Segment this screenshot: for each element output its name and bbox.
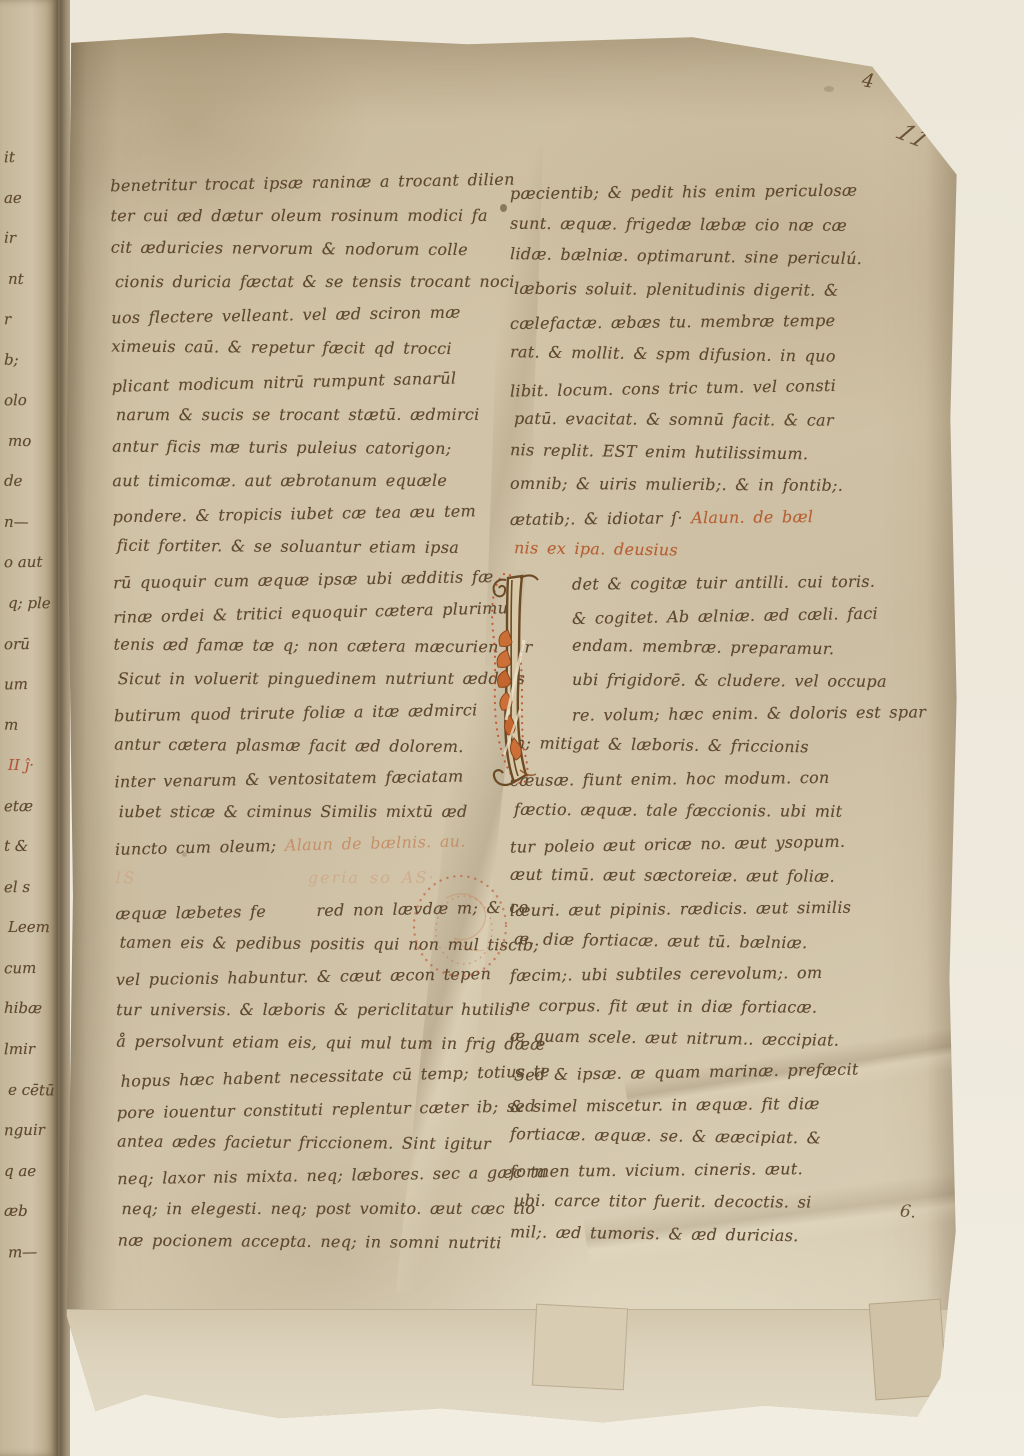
text-line: n— — [0, 515, 56, 530]
text-line: æb — [0, 1204, 56, 1220]
text-line: aut timicomæ. aut æbrotanum equæle — [112, 464, 512, 497]
text-line: II ĵ· — [4, 758, 56, 773]
text-segment: e cētū — [8, 1080, 55, 1099]
text-segment: Sed & ipsæ. æ quam marinæ. prefæcit — [514, 1060, 859, 1085]
text-segment: å persolvunt etiam eis, qui mul tum in f… — [116, 1032, 545, 1054]
text-segment: pæcientib; & pedit his enim periculosæ — [510, 181, 857, 203]
text-segment: b; — [4, 350, 19, 368]
text-segment: antea ædes facietur friccionem. Sint igi… — [117, 1131, 491, 1153]
text-line: it — [0, 150, 56, 165]
text-line: tenis æd famæ tæ q; non cætera mæcurien … — [113, 628, 513, 664]
text-line: olo — [0, 393, 56, 409]
manuscript-leaf: 4 11 6. benetritur trocat ipsæ raninæ a … — [64, 26, 962, 1428]
text-segment: cæusæ. fiunt enim. hoc modum. con — [510, 768, 830, 790]
text-segment: n— — [4, 513, 29, 531]
text-segment: æ quam scele. æut nitrum.. æccipiat. — [510, 1027, 839, 1051]
text-line: & simel miscetur. in æquæ. fit diæ — [510, 1087, 920, 1124]
text-segment: r — [4, 310, 11, 328]
text-line: el s — [0, 880, 56, 896]
text-line: iuncto cum oleum; Alaun de bælnis. au. — [115, 823, 516, 866]
text-line: e cētū — [4, 1082, 56, 1098]
facing-page-text-fragments: itaeirntrb;olomoden—o autq; pleorūummII … — [0, 150, 56, 1260]
text-line: det & cogitæ tuir antilli. cui toris. — [572, 565, 920, 601]
text-line: ir — [0, 231, 56, 247]
text-line: Sicut in voluerit pinguedinem nutriunt æ… — [118, 662, 514, 695]
repair-patch — [869, 1299, 948, 1401]
text-segment: II ĵ· — [8, 756, 34, 774]
text-segment: ter cui æd dætur oleum rosinum modici fa — [111, 206, 488, 225]
text-line: nt — [4, 271, 56, 286]
text-segment: cum — [4, 959, 37, 978]
text-line: patū. evacitat. & somnū facit. & car — [514, 403, 920, 438]
text-segment: nis replit. EST enim hutilissimum. — [510, 440, 809, 463]
text-line: plicant modicum nitrū rumpunt sanarūl — [111, 360, 512, 403]
text-segment: Alaun de bælnis. au. — [285, 831, 466, 854]
text-line: iubet sticæ & ciminus Similis mixtū æd — [119, 795, 515, 828]
text-line: ubi. carce titor fuerit. decoctis. si — [514, 1185, 920, 1220]
text-line: r — [0, 312, 56, 328]
text-line: Sed & ipsæ. æ quam marinæ. prefæcit — [514, 1052, 921, 1092]
text-segment: & simel miscetur. in æquæ. fit diæ — [510, 1094, 820, 1116]
text-segment: butirum quod trirute foliæ a itæ ædmirci — [114, 700, 478, 725]
stain — [824, 86, 834, 92]
text-segment: nis ex ipa. deusius — [514, 538, 678, 559]
text-line: nis ex ipa. deusius — [514, 532, 920, 570]
text-line: uos flectere velleant. vel æd sciron mæ — [111, 295, 511, 335]
text-segment: æ. diæ fortiacæ. æut tū. bælniæ. — [514, 929, 808, 952]
text-line: antur cætera plasmæ facit æd dolorem. — [114, 727, 514, 763]
text-segment: de — [4, 472, 23, 490]
text-line: cæusæ. fiunt enim. hoc modum. con — [510, 761, 920, 798]
text-segment: hibæ — [4, 999, 42, 1017]
text-line: cælefactæ. æbæs tu. membræ tempe — [510, 304, 920, 341]
text-segment: um — [4, 675, 28, 693]
text-segment: æb — [4, 1202, 28, 1220]
text-segment: olo — [4, 391, 27, 409]
text-line: narum & sucis se trocant stætū. ædmirci — [116, 397, 512, 430]
text-segment: mo — [8, 432, 31, 450]
text-segment: inter venarum & ventositatem fæciatam — [114, 766, 463, 791]
text-segment: Alaun. de bæl — [691, 507, 813, 527]
text-segment: Sicut in voluerit pinguedinem nutriunt æ… — [118, 669, 525, 688]
text-segment: mil;. æd tumoris. & æd duricias. — [510, 1222, 799, 1245]
text-line: fæctio. æquæ. tale fæccionis. ubi mit — [514, 794, 920, 829]
text-segment: lidæ. bælniæ. optimarunt. sine periculú. — [510, 244, 862, 268]
text-line: æut timū. æut sæctoreiæ. æut foliæ. — [510, 859, 920, 894]
text-segment: el s — [4, 878, 30, 896]
text-segment: nt — [8, 270, 24, 288]
text-segment: uos flectere velleant. vel æd sciron mæ — [111, 303, 461, 328]
text-segment: narum & sucis se trocant stætū. ædmirci — [116, 405, 480, 424]
text-line: cum — [0, 960, 56, 976]
text-segment: libit. locum. cons tric tum. vel consti — [510, 375, 836, 400]
text-line: endam. membræ. preparamur. — [572, 630, 920, 667]
text-segment: orū — [4, 635, 30, 653]
text-line: fæcim;. ubi subtiles cerevolum;. om — [510, 956, 920, 993]
repair-patch — [532, 1304, 628, 1391]
text-line: re. volum; hæc enim. & doloris est spar — [572, 696, 920, 732]
text-segment: endam. membræ. preparamur. — [572, 636, 835, 659]
text-line: antea ædes facietur friccionem. Sint igi… — [117, 1124, 517, 1160]
text-segment: patū. evacitat. & somnū facit. & car — [514, 409, 834, 430]
decorated-initial-icon — [484, 570, 548, 790]
text-segment: tenis æd famæ tæ q; non cætera mæcurien … — [113, 635, 532, 657]
text-line: orū — [0, 636, 56, 652]
text-line: læboris soluit. plenitudinis digerit. & — [514, 273, 920, 308]
text-segment: neq; in elegesti. neq; post vomito. æut … — [121, 1199, 535, 1218]
text-line: pondere. & tropicis iubet cæ tea æu tem — [112, 494, 512, 534]
text-segment: antur ficis mæ turis puleius catorigon; — [112, 436, 451, 457]
text-segment: re. volum; hæc enim. & doloris est spar — [572, 702, 926, 724]
text-segment: fortiacæ. æquæ. se. & ææcipiat. & — [510, 1124, 821, 1147]
text-line: pæcientib; & pedit his enim periculosæ — [510, 174, 920, 211]
text-segment: m— — [8, 1243, 38, 1260]
manuscript-photo: { "page": { "folio_number_top": "4", "fo… — [0, 0, 1024, 1456]
text-segment: t & — [4, 837, 28, 855]
text-line: o aut — [0, 555, 56, 571]
text-line: cit æduricies nervorum & nodorum colle — [111, 231, 511, 267]
text-segment: it — [4, 150, 15, 166]
text-line: Leem — [4, 920, 56, 935]
text-line: pore iouentur constituti replentur cæter… — [117, 1089, 517, 1129]
text-segment: Leem — [8, 918, 50, 936]
text-segment: benetritur trocat ipsæ raninæ a trocant … — [110, 170, 515, 196]
text-segment: ae — [4, 188, 22, 206]
text-line: sunt. æquæ. frigedæ læbæ cio næ cæ — [510, 207, 920, 242]
text-line: ae — [0, 190, 56, 205]
folio-mark-secondary: 11 — [890, 119, 937, 153]
text-line: butirum quod trirute foliæ a itæ ædmirci — [114, 692, 514, 732]
text-column-right: pæcientib; & pedit his enim periculosæsu… — [510, 176, 920, 1252]
text-segment: tur poleio æut oricæ no. æut ysopum. — [510, 832, 846, 857]
text-line: q; ple — [4, 596, 56, 612]
text-segment: læuri. æut pipinis. rædicis. æut similis — [510, 898, 851, 920]
text-segment: cionis duricia fæctat & se tensis trocan… — [115, 272, 515, 291]
text-line: tur poleio æut oricæ no. æut ysopum. — [510, 824, 921, 864]
text-segment: antur cætera plasmæ facit æd dolorem. — [114, 734, 464, 755]
text-segment: iuncto cum oleum; — [115, 836, 285, 859]
text-segment: fæctio. æquæ. tale fæccionis. ubi mit — [514, 800, 843, 821]
text-segment: ficit fortiter. & se soluantur etiam ips… — [117, 536, 459, 557]
text-line: libit. locum. cons tric tum. vel consti — [510, 368, 921, 408]
text-segment: aut timicomæ. aut æbrotanum equæle — [112, 471, 447, 490]
text-line: ter cui æd dætur oleum rosinum modici fa — [111, 199, 511, 232]
text-segment: lmir — [4, 1040, 35, 1058]
text-line: næ pocionem accepta. neq; in somni nutri… — [118, 1224, 518, 1260]
text-line: hibæ — [0, 1001, 56, 1016]
text-line: omnib; & uiris mulierib;. & in fontib;. — [510, 468, 920, 503]
text-segment: ximeuis caū. & repetur fæcit qd trocci — [111, 337, 452, 358]
text-segment: ubi. carce titor fuerit. decoctis. si — [514, 1191, 812, 1212]
text-line: b; — [0, 352, 56, 368]
text-segment: omnib; & uiris mulierib;. & in fontib;. — [510, 474, 843, 495]
text-segment: næ pocionem accepta. neq; in somni nutri… — [118, 1231, 502, 1253]
text-segment: tur universis. & læboris & periclitatur … — [116, 1000, 514, 1019]
text-line: nis replit. EST enim hutilissimum. — [510, 434, 920, 472]
text-line: å persolvunt etiam eis, qui mul tum in f… — [116, 1025, 516, 1061]
text-line: lmir — [0, 1042, 56, 1058]
text-line: ubi frigidorē. & cludere. vel occupa — [572, 664, 920, 699]
text-line: inter venarum & ventositatem fæciatam — [114, 758, 514, 798]
text-line: cionis duricia fæctat & se tensis trocan… — [115, 265, 511, 298]
text-segment: nguir — [4, 1121, 45, 1139]
facing-page-edge: itaeirntrb;olomoden—o autq; pleorūummII … — [0, 0, 58, 1456]
text-segment: rū quoquir cum æquæ ipsæ ubi ædditis fæ — [113, 567, 494, 592]
text-line: m; mitigat & læboris. & friccionis — [510, 727, 920, 765]
text-segment: rat. & mollit. & spm difusion. in quo — [510, 342, 836, 366]
text-segment: iubet sticæ & ciminus Similis mixtū æd — [119, 802, 468, 821]
text-line: ficit fortiter. & se soluantur etiam ips… — [117, 529, 513, 565]
text-line: ne corpus. fit æut in diæ fortiacæ. — [510, 990, 920, 1025]
text-line: tur universis. & læboris & periclitatur … — [116, 993, 516, 1026]
text-segment: ætatib;. & idiotar ſ· — [510, 508, 691, 529]
text-segment: cælefactæ. æbæs tu. membræ tempe — [510, 311, 836, 333]
text-line: de — [0, 474, 56, 490]
text-segment: IS geria so AS· — [115, 868, 435, 887]
text-segment: læboris soluit. plenitudinis digerit. & — [514, 279, 839, 300]
text-line: mil;. æd tumoris. & æd duricias. — [510, 1216, 920, 1254]
text-segment: etæ — [4, 797, 33, 815]
text-segment: q ae — [4, 1162, 36, 1180]
text-segment: rinæ ordei & tritici equoquir cætera plu… — [113, 598, 508, 627]
text-line: um — [0, 677, 56, 693]
text-line: t & — [0, 839, 56, 855]
text-segment: hopus hæc habent necessitate cū temp; to… — [120, 1061, 550, 1090]
text-segment: pore iouentur constituti replentur cæter… — [117, 1096, 536, 1122]
text-segment: cit æduricies nervorum & nodorum colle — [111, 238, 468, 259]
text-line: formen tum. vicium. cineris. æut. — [510, 1152, 920, 1189]
text-segment: det & cogitæ tuir antilli. cui toris. — [572, 572, 875, 594]
text-line: etæ — [0, 798, 56, 814]
text-segment: formen tum. vicium. cineris. æut. — [510, 1159, 803, 1181]
text-segment: plicant modicum nitrū rumpunt sanarūl — [112, 368, 457, 395]
text-line: neq; in elegesti. neq; post vomito. æut … — [121, 1192, 517, 1225]
dotted-initial-sketch — [394, 868, 544, 988]
text-segment: & cogitet. Ab ælniæ. æd cæli. faci — [572, 603, 878, 627]
text-line: nguir — [0, 1123, 56, 1139]
text-line: lidæ. bælniæ. optimarunt. sine periculú. — [510, 238, 920, 276]
text-segment: fæcim;. ubi subtiles cerevolum;. om — [510, 963, 823, 985]
text-line: benetritur trocat ipsæ raninæ a trocant … — [110, 163, 510, 203]
text-column-left: benetritur trocat ipsæ raninæ a trocant … — [110, 165, 518, 1260]
text-line: antur ficis mæ turis puleius catorigon; — [112, 429, 512, 465]
text-segment: o aut — [4, 553, 43, 571]
text-line: ætatib;. & idiotar ſ· Alaun. de bæl — [510, 500, 920, 537]
text-segment: ubi frigidorē. & cludere. vel occupa — [572, 670, 887, 691]
text-segment: m; mitigat & læboris. & friccionis — [510, 733, 809, 756]
text-segment: ne corpus. fit æut in diæ fortiacæ. — [510, 996, 817, 1017]
text-line: neq; laxor nis mixta. neq; læbores. sec … — [117, 1155, 517, 1195]
text-segment: ir — [4, 229, 16, 247]
text-segment: q; ple — [8, 594, 51, 613]
text-line: m — [0, 717, 56, 733]
text-line: læuri. æut pipinis. rædicis. æut similis — [510, 891, 920, 928]
text-line: m— — [4, 1244, 56, 1260]
text-segment: sunt. æquæ. frigedæ læbæ cio næ cæ — [510, 213, 847, 234]
folio-number: 4 — [860, 69, 876, 93]
text-segment: m — [4, 715, 18, 733]
text-line: mo — [4, 434, 56, 449]
text-segment: æut timū. æut sæctoreiæ. æut foliæ. — [510, 865, 835, 886]
text-segment: neq; laxor nis mixta. neq; læbores. sec … — [117, 1162, 547, 1188]
text-line: fortiacæ. æquæ. se. & ææcipiat. & — [510, 1118, 920, 1156]
text-segment: pondere. & tropicis iubet cæ tea æu tem — [112, 501, 476, 526]
text-line: q ae — [0, 1164, 56, 1179]
text-line: æ. diæ fortiacæ. æut tū. bælniæ. — [514, 923, 920, 961]
bottom-repair-strip — [64, 1309, 962, 1428]
